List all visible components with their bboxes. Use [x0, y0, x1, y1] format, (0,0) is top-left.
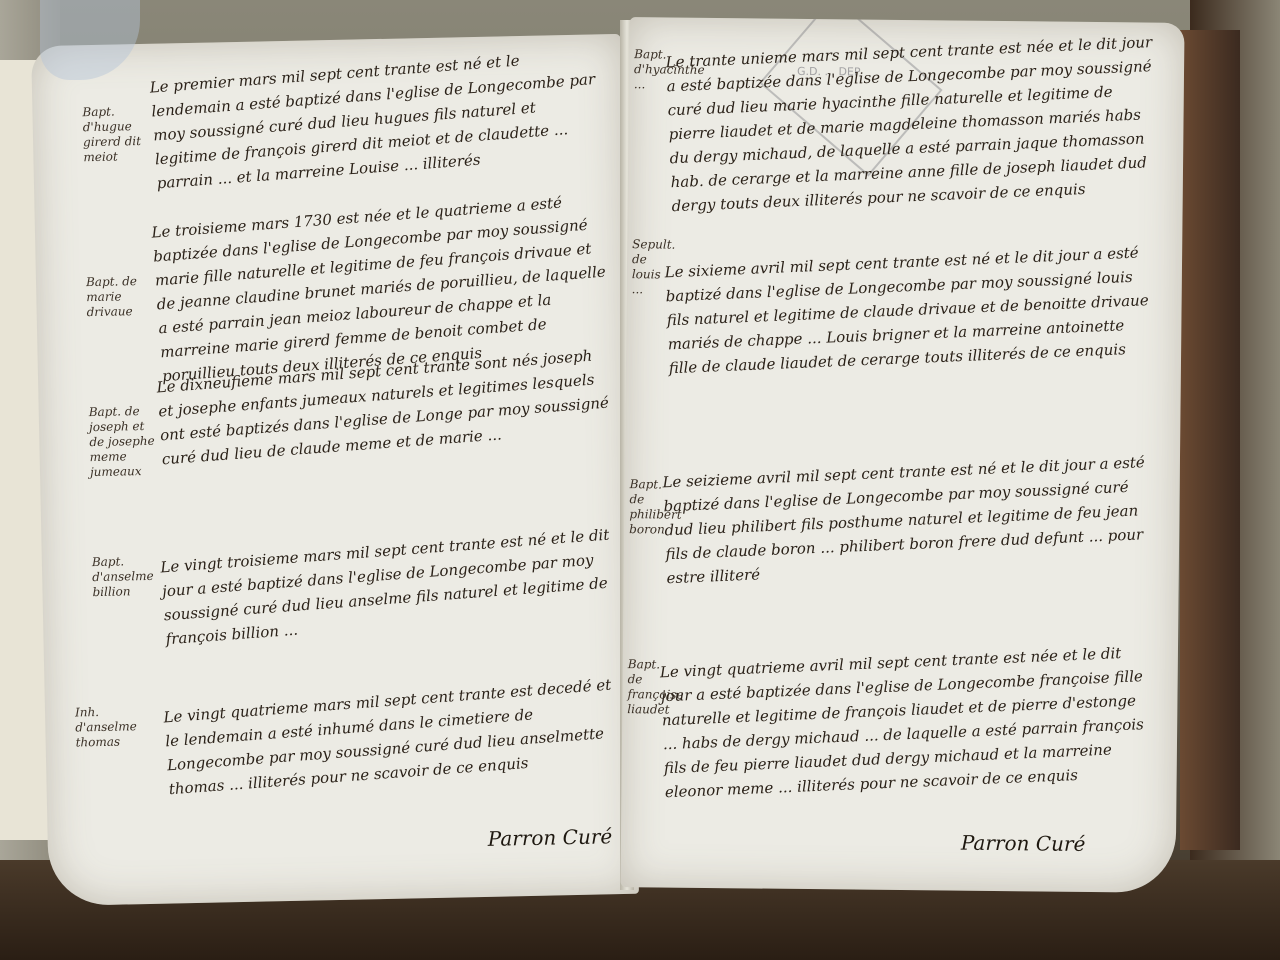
- curate-signature: Parron Curé: [488, 824, 613, 851]
- register-entry: Le premier mars mil sept cent trante est…: [149, 43, 607, 196]
- register-entry: Le vingt quatrieme mars mil sept cent tr…: [163, 673, 619, 802]
- margin-note: Bapt. de joseph et de josephe meme jumea…: [89, 404, 161, 480]
- margin-note: Bapt. de marie drivaue: [86, 274, 157, 320]
- margin-note: Bapt. d'hugue girerd dit meiot: [82, 104, 153, 165]
- register-entry: Le vingt troisieme mars mil sept cent tr…: [160, 523, 616, 652]
- left-page: Bapt. d'hugue girerd dit meiot Le premie…: [31, 34, 639, 906]
- margin-note: Inh. d'anselme thomas: [75, 704, 146, 750]
- register-entry: Le trante unieme mars mil sept cent tran…: [665, 30, 1162, 218]
- register-entry: Le sixieme avril mil sept cent trante es…: [664, 240, 1159, 380]
- register-entry: Le vingt quatrieme avril mil sept cent t…: [659, 640, 1155, 804]
- margin-note: Bapt. d'anselme billion: [92, 554, 163, 600]
- right-page: G.D. ... DEP Bapt. d'hyacinthe ... Le tr…: [620, 17, 1184, 893]
- book-cover-board: [1180, 30, 1240, 850]
- register-entry: Le seizieme avril mil sept cent trante e…: [662, 450, 1157, 590]
- curate-signature: Parron Curé: [961, 831, 1086, 856]
